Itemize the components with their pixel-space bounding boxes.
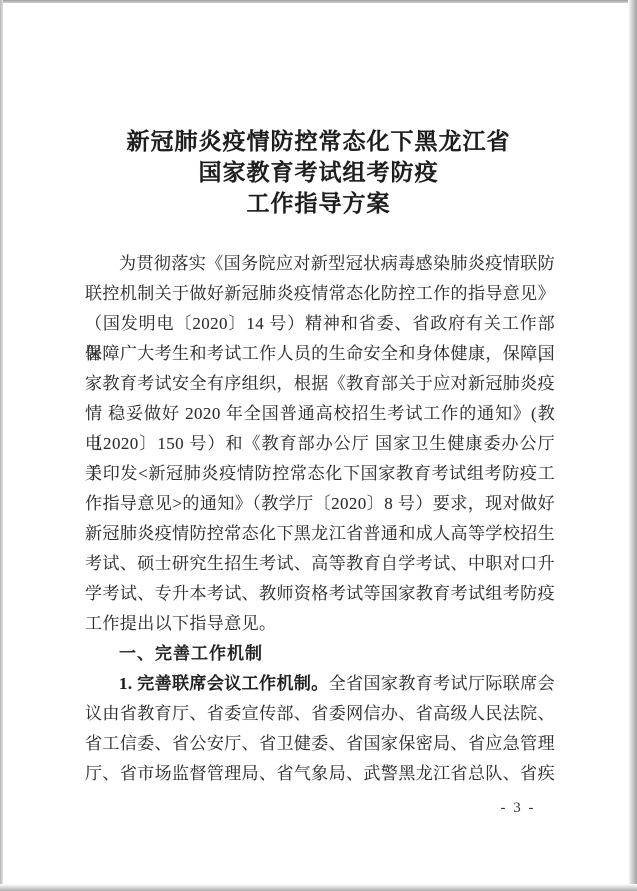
numbered-item-lead: 1. 完善联席会议工作机制。 (119, 674, 329, 693)
body-line: 情 稳妥做好 2020 年全国普通高校招生考试工作的通知》(教电 (85, 399, 555, 429)
document-body: 为贯彻落实《国务院应对新型冠状病毒感染肺炎疫情联防 联控机制关于做好新冠肺炎疫情… (85, 249, 555, 789)
document-title-line-2: 国家教育考试组考防疫 (0, 157, 637, 188)
scan-edge-top (0, 0, 637, 3)
body-line: 于印发<新冠肺炎疫情防控常态化下国家教育考试组考防疫工 (85, 459, 555, 489)
body-line-with-lead: 1. 完善联席会议工作机制。全省国家教育考试厅际联席会 (85, 669, 555, 699)
body-line: （国发明电〔2020〕14 号）精神和省委、省政府有关工作部署， (85, 309, 555, 339)
document-title-line-1: 新冠肺炎疫情防控常态化下黑龙江省 (0, 126, 637, 157)
body-line: 为贯彻落实《国务院应对新型冠状病毒感染肺炎疫情联防 (85, 249, 555, 279)
body-line: 保障广大考生和考试工作人员的生命安全和身体健康，保障国 (85, 339, 555, 369)
body-line: 联控机制关于做好新冠肺炎疫情常态化防控工作的指导意见》 (85, 279, 555, 309)
scanned-document-page: { "doc": { "title_lines": [ "新冠肺炎疫情防控常态化… (0, 0, 637, 891)
body-line: 家教育考试安全有序组织，根据《教育部关于应对新冠肺炎疫 (85, 369, 555, 399)
document-title: 新冠肺炎疫情防控常态化下黑龙江省 国家教育考试组考防疫 工作指导方案 (0, 126, 637, 219)
body-line: 厅、省市场监督管理局、省气象局、武警黑龙江省总队、省疾 (85, 759, 555, 789)
body-line: 新冠肺炎疫情防控常态化下黑龙江省普通和成人高等学校招生 (85, 519, 555, 549)
body-line: 议由省教育厅、省委宣传部、省委网信办、省高级人民法院、 (85, 699, 555, 729)
body-line: 考试、硕士研究生招生考试、高等教育自学考试、中职对口升 (85, 549, 555, 579)
body-line: 作指导意见>的通知》（教学厅〔2020〕8 号）要求，现对做好 (85, 489, 555, 519)
numbered-item-rest: 全省国家教育考试厅际联席会 (329, 674, 555, 693)
body-line: 省工信委、省公安厅、省卫健委、省国家保密局、省应急管理 (85, 729, 555, 759)
document-title-line-3: 工作指导方案 (0, 188, 637, 219)
body-line: 〔2020〕150 号）和《教育部办公厅 国家卫生健康委办公厅关 (85, 429, 555, 459)
page-number: - 3 - (493, 800, 543, 817)
scan-edge-bottom (0, 884, 637, 891)
section-heading: 一、完善工作机制 (85, 639, 555, 669)
body-line: 学考试、专升本考试、教师资格考试等国家教育考试组考防疫 (85, 579, 555, 609)
body-line: 工作提出以下指导意见。 (85, 609, 555, 639)
